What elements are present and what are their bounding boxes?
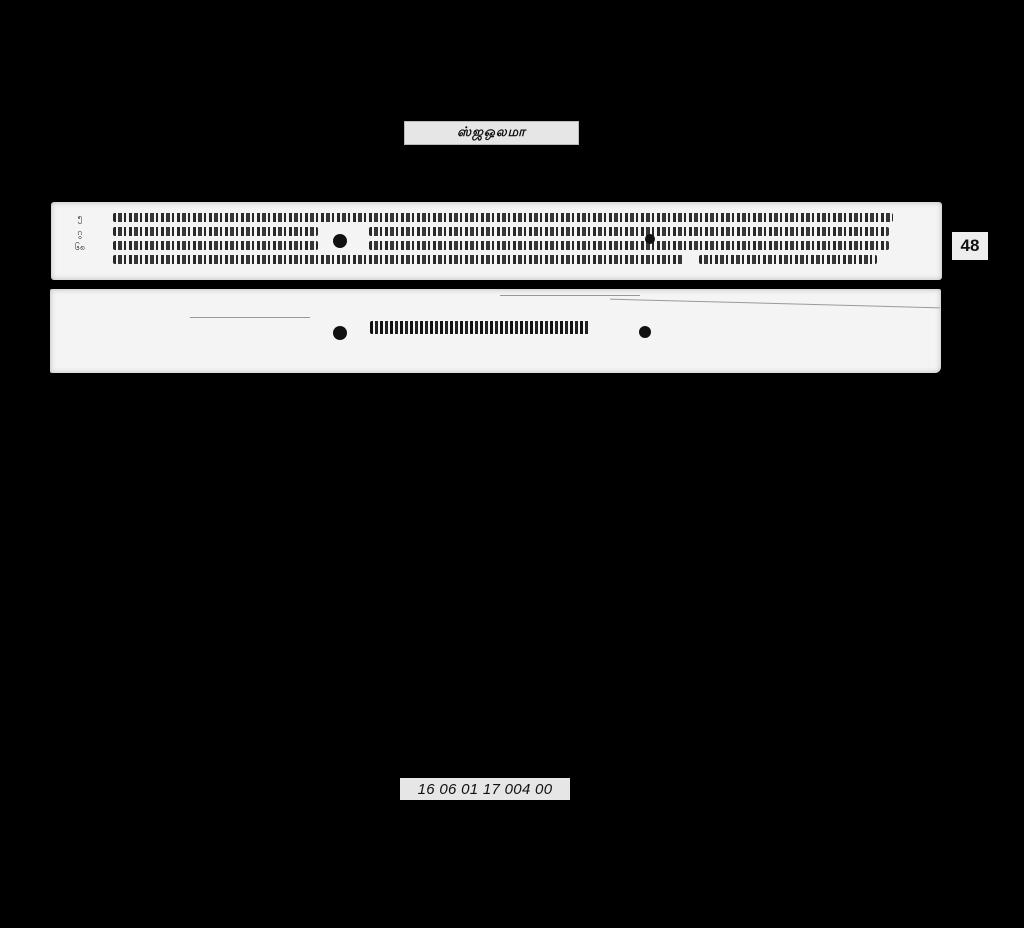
string-hole-left [333, 326, 347, 340]
margin-numeral: ဂွ [65, 227, 95, 240]
margin-numeral: ၅ [65, 212, 95, 225]
script-line-3b [369, 241, 889, 250]
page-number-label: 48 [952, 232, 988, 260]
reference-number-text: 16 06 01 17 004 00 [418, 781, 553, 798]
script-line-4a: [Burmese/Pali script line 4] [113, 255, 683, 264]
manuscript-title-label: ஸ்ஜஒலமா [404, 121, 579, 145]
script-line-3a: [Burmese/Pali script line 3] [113, 241, 318, 250]
script-line-1: [Burmese/Pali script line 1] [113, 213, 893, 222]
script-line-4b [699, 255, 877, 264]
colophon-line: [Burmese/Pali script colophon line] [370, 321, 590, 334]
palm-leaf-back: [Burmese/Pali script colophon line] [50, 289, 941, 373]
reference-number-label: 16 06 01 17 004 00 [400, 778, 570, 800]
palm-leaf-front: ၅ ဂွ ၆၈ [Burmese/Pali script line 1] [Bu… [51, 202, 942, 280]
string-hole-left [333, 234, 347, 248]
string-hole-right [639, 326, 651, 338]
script-line-2b [369, 227, 889, 236]
margin-numerals: ၅ ဂွ ၆၈ [65, 212, 95, 255]
script-line-2a: [Burmese/Pali script line 2] [113, 227, 318, 236]
string-hole-right [645, 234, 655, 244]
manuscript-title-text: ஸ்ஜஒலமா [457, 125, 526, 141]
margin-numeral: ၆၈ [65, 242, 95, 255]
